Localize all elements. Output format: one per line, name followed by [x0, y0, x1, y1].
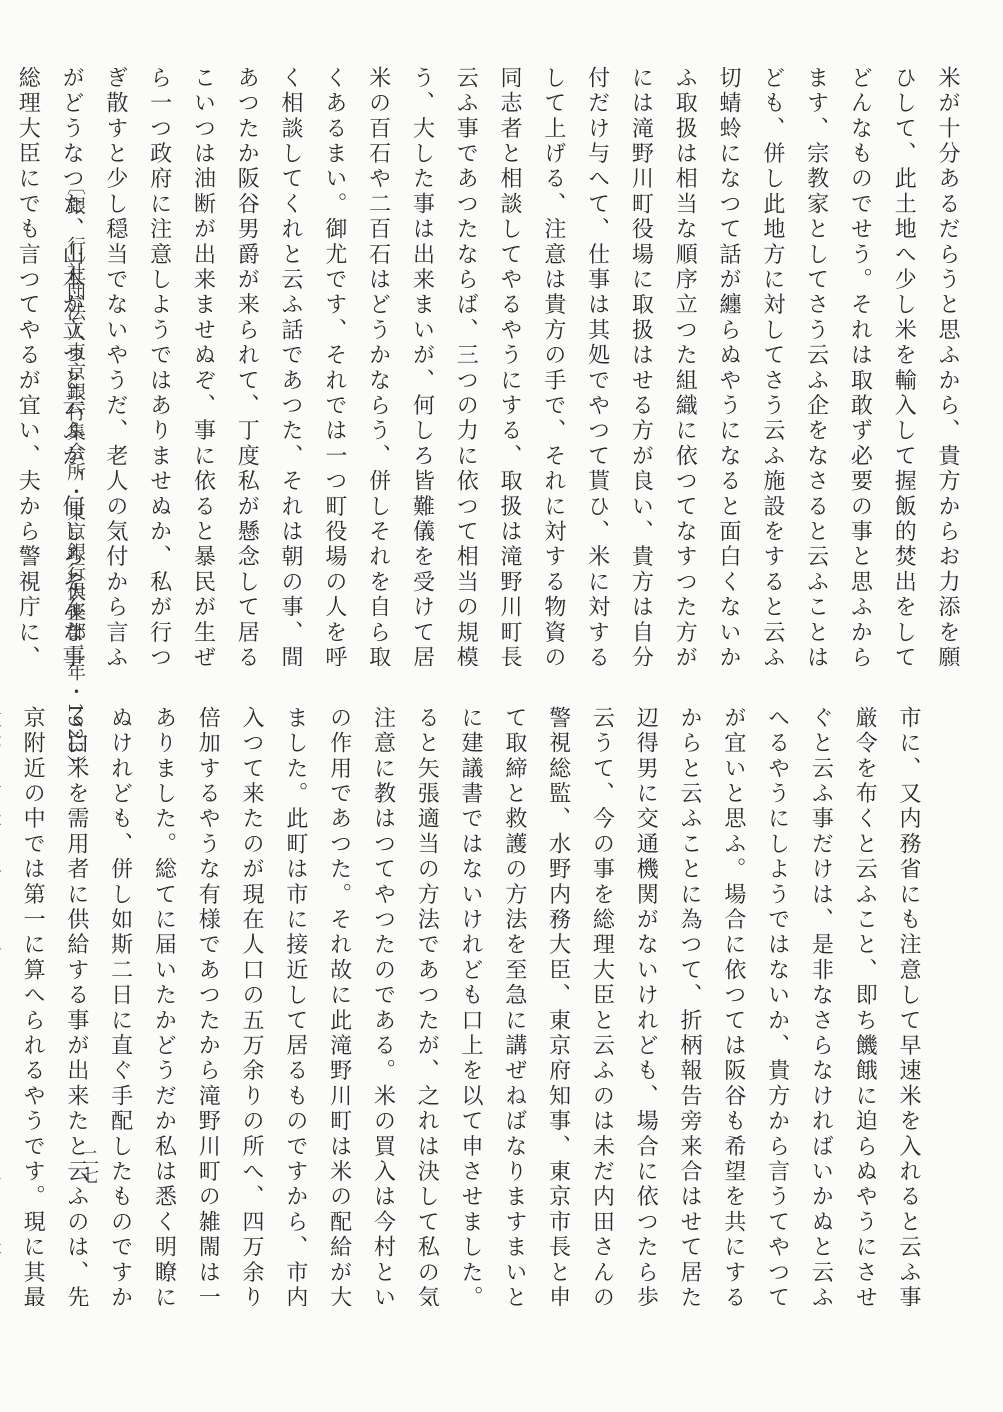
text-line: へるやうにしようではないか、貴方から言うてやつて呉れる方が工合	[755, 706, 799, 1306]
text-line: 米が十分あるだらうと思ふから、貴方からお力添を願ひ他からもお願	[925, 66, 969, 666]
text-line: 米の百石や二百石はどうかならう、併しそれを自ら取扱ふことは宜し	[356, 66, 400, 666]
text-line: う、大した事は出来まいが、何しろ皆難儀を受けて居るのだから――	[400, 66, 444, 666]
text-line: く白米を需用者に供給する事が出来たと云ふのは、先づ滝野川町が東	[54, 706, 98, 1306]
text-line: に建議書ではないけれども口上を以て申させました。それ等は今考へ	[448, 706, 492, 1306]
text-line: 云うて、今の事を総理大臣と云ふのは未だ内田さんの時でした、赤池	[580, 706, 624, 1306]
lower-text-block: 市に、又内務省にも注意して早速米を入れると云ふ事と、それから戒 厳令を布くと云ふ…	[0, 706, 930, 1306]
upper-text-block: 米が十分あるだらうと思ふから、貴方からお力添を願ひ他からもお願 ひして、此土地へ…	[5, 66, 969, 666]
text-line: 倍加するやうな有様であつたから滝野川町の雑閙は一時えらいもので	[185, 706, 229, 1306]
text-line: 市に、又内務省にも注意して早速米を入れると云ふ事と、それから戒	[886, 706, 930, 1306]
text-line: ら一つ政府に注意しようではありませぬか、私が行つてそんな事を騒	[137, 66, 181, 666]
text-line: どんなものでせう。それは取敢ず必要の事と思ふから、全然御同意し	[838, 66, 882, 666]
text-line: 辺得男に交通機関がないけれども、場合に依つたら歩いて行つてもと	[623, 706, 667, 1306]
text-line: 京附近の中では第一に算へられるやうです。現に其最も著しい証拠は	[10, 706, 54, 1306]
text-line: からと云ふことに為つて、折柄報告旁来合はせて居た私の事務所の渡	[667, 706, 711, 1306]
text-line: ありました。総てに届いたかどうだか私は悉く明瞭に知つては居ませ	[142, 706, 186, 1306]
text-line: 入つて来たのが現在人口の五万余りの所へ、四万余りにも達して殆ど	[229, 706, 273, 1306]
text-line: ふ取扱は相当な順序立つた組織に依つてなすつた方が宜からう、夫れ	[662, 66, 706, 666]
footer-date: （大正十二年・1923）	[62, 562, 89, 774]
text-line: く相談してくれと云ふ話であつた、それは朝の事、間もなく九時頃で	[268, 66, 312, 666]
text-line: 警視総監、水野内務大臣、東京府知事、東京市長と申す向に、主とし	[536, 706, 580, 1306]
text-line: ると矢張適当の方法であつたが、之れは決して私の気付でなく阪谷の	[404, 706, 448, 1306]
text-line: ぎ散すと少し穏当でないやうだ、老人の気付から言ふなら宜い、内閣	[93, 66, 137, 666]
text-line: 注意に教はつてやつたのである。米の買入は今村といふ人の宗教観念	[361, 706, 405, 1306]
text-line: くあるまい。御尤です、それでは一つ町役場の人を呼びますから、能	[312, 66, 356, 666]
text-line: には滝野川町役場に取扱はせる方が良い、貴方は自分でやられずに気	[619, 66, 663, 666]
text-line: ます、宗教家としてさう云ふ企をなさると云ふことは至極結構だけれ	[794, 66, 838, 666]
text-line: こいつは油断が出来ませぬぞ、事に依ると暴民が生ぜぬとも限らぬか	[181, 66, 225, 666]
footer-section-label: 〔銀 行〕	[62, 176, 89, 276]
text-line: 同志者と相談してやるやうにする、取扱は滝野川町長にやつて貰ふと	[487, 66, 531, 666]
text-line: が宜いと思ふ。場合に依つては阪谷も希望を共にすると云つても宜い	[711, 706, 755, 1306]
text-line: ぐと云ふ事だけは、是非なさらなければいかぬと云ふことの注意を与	[799, 706, 843, 1306]
text-line: して上げる、注意は貴方の手で、それに対する物資の補助は私が尚ほ	[531, 66, 575, 666]
page-number: 二七	[75, 1148, 101, 1184]
text-line: て取締と救護の方法を至急に講ぜねばなりますまいと云ふことを、別	[492, 706, 536, 1306]
text-line: 切蜻蛉になつて話が纏らぬやうになると面白くないから、矢張さう云	[706, 66, 750, 666]
text-line: あつたか阪谷男爵が来られて、丁度私が懸念して居るのを更に進んで	[224, 66, 268, 666]
text-line: ぬけれども、併し如斯二日に直ぐ手配したものですから始終玄米でな	[98, 706, 142, 1306]
text-line: ました。此町は市に接近して居るものですから、市内から罹災者の這	[273, 706, 317, 1306]
text-line: 付だけ与へて、仕事は其処でやつて貰ひ、米に対する金の心配は私が	[575, 66, 619, 666]
text-line: ども、併し此地方に対してさう云ふ施設をすると云ふ上からには、尻	[750, 66, 794, 666]
text-line: 厳令を布くと云ふこと、即ち饑餓に迫らぬやうにさせるのと乱暴を防	[842, 706, 886, 1306]
text-line: 総理大臣にでも言つてやるが宜い、夫から警視庁に、東京府に、東京	[5, 66, 49, 666]
text-line: 云ふ事であつたならば、三つの力に依つて相当の規模が出来るであら	[443, 66, 487, 666]
text-line: ひして、此土地へ少し米を輸入して握飯的焚出をして見たいと思ふが	[881, 66, 925, 666]
text-line: 大学で玄米は得たけれども、どうしても之を白米にすることが出来ぬ	[0, 706, 10, 1306]
text-line: の作用であつた。それ故に此滝野川町は米の配給が大分都合好く行き	[317, 706, 361, 1306]
